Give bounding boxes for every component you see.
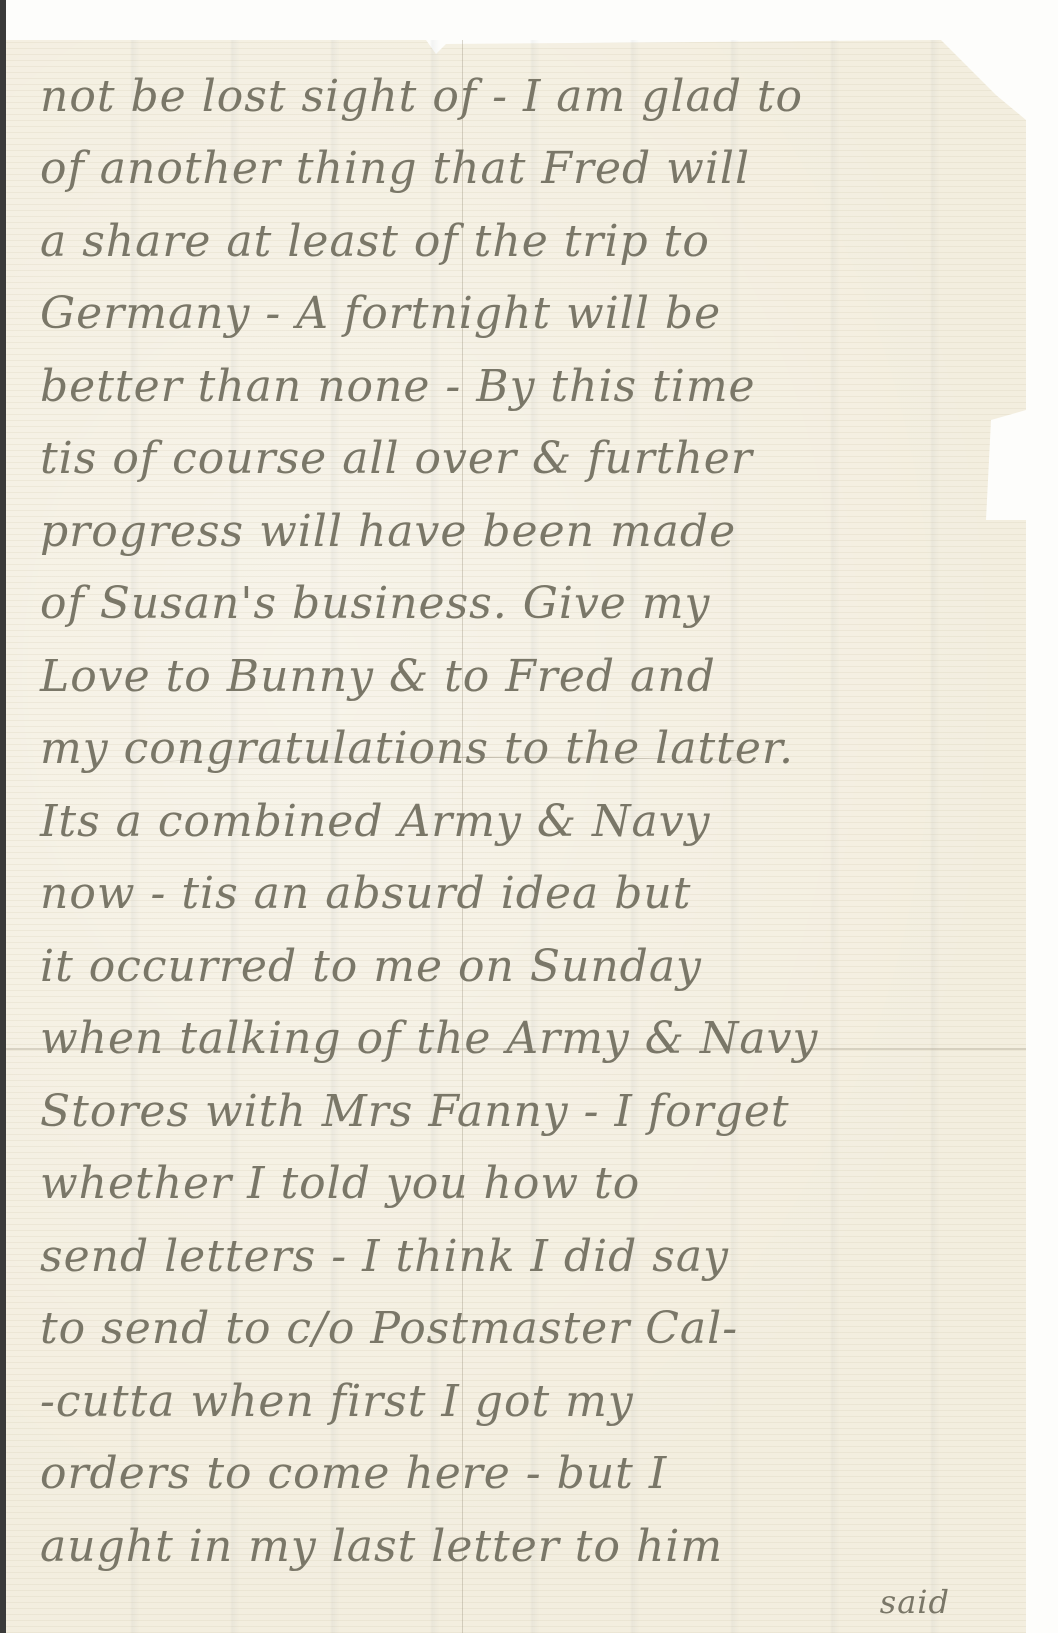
handwritten-text: not be lost sight of - I am glad to of a… bbox=[40, 60, 1010, 1621]
text-line: of Susan's business. Give my bbox=[40, 568, 1010, 641]
text-line: a share at least of the trip to bbox=[40, 205, 1010, 278]
text-line: progress will have been made bbox=[40, 495, 1010, 568]
text-line: my congratulations to the latter. bbox=[40, 713, 1010, 786]
text-line: Its a combined Army & Navy bbox=[40, 785, 1010, 858]
text-line: tis of course all over & further bbox=[40, 423, 1010, 496]
text-line: to send to c/o Postmaster Cal- bbox=[40, 1293, 1010, 1366]
text-line: of another thing that Fred will bbox=[40, 133, 1010, 206]
catchword: said bbox=[40, 1583, 1010, 1621]
text-line: it occurred to me on Sunday bbox=[40, 930, 1010, 1003]
text-line: Love to Bunny & to Fred and bbox=[40, 640, 1010, 713]
text-line: better than none - By this time bbox=[40, 350, 1010, 423]
text-line: orders to come here - but I bbox=[40, 1438, 1010, 1511]
text-line: Germany - A fortnight will be bbox=[40, 278, 1010, 351]
text-line: send letters - I think I did say bbox=[40, 1220, 1010, 1293]
text-line: now - tis an absurd idea but bbox=[40, 858, 1010, 931]
text-line: aught in my last letter to him bbox=[40, 1510, 1010, 1583]
scanner-edge bbox=[0, 0, 6, 1633]
text-line: when talking of the Army & Navy bbox=[40, 1003, 1010, 1076]
text-line: Stores with Mrs Fanny - I forget bbox=[40, 1075, 1010, 1148]
text-line: not be lost sight of - I am glad to bbox=[40, 60, 1010, 133]
text-line: whether I told you how to bbox=[40, 1148, 1010, 1221]
text-line: -cutta when first I got my bbox=[40, 1365, 1010, 1438]
